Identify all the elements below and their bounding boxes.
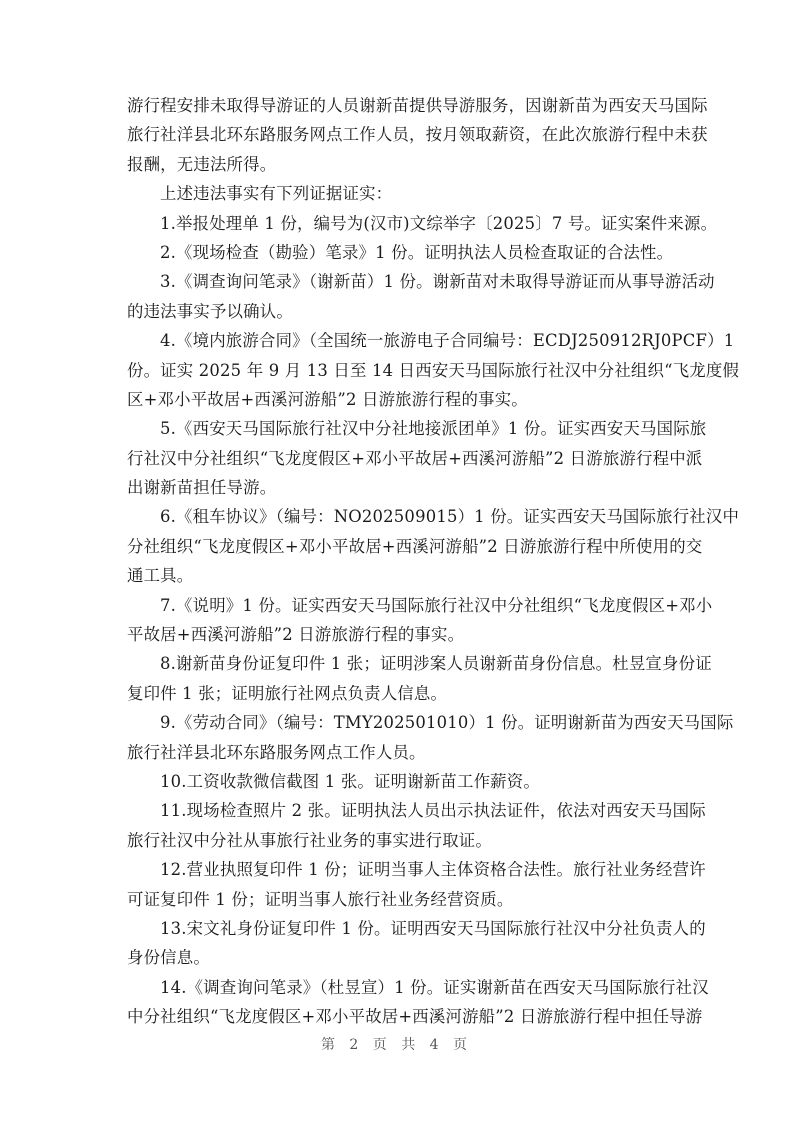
- text-line: 行社汉中分社组织“飞龙度假区+邓小平故居+西溪河游船”2 日游旅游行程中派: [127, 444, 680, 473]
- text-line: 复印件 1 张；证明旅行社网点负责人信息。: [127, 679, 680, 708]
- text-line: 旅行社汉中分社从事旅行社业务的事实进行取证。: [127, 826, 680, 855]
- evidence-item-12: 12.营业执照复印件 1 份；证明当事人主体资格合法性。旅行社业务经营许: [127, 855, 680, 884]
- evidence-item-5: 5.《西安天马国际旅行社汉中分社地接派团单》1 份。证实西安天马国际旅: [127, 414, 680, 443]
- text-line: 份。证实 2025 年 9 月 13 日至 14 日西安天马国际旅行社汉中分社组…: [127, 356, 680, 385]
- evidence-item-9: 9.《劳动合同》（编号：TMY202501010）1 份。证明谢新苗为西安天马国…: [127, 708, 680, 737]
- evidence-item-4: 4.《境内旅游合同》（全国统一旅游电子合同编号：ECDJ250912RJ0PCF…: [127, 326, 680, 355]
- text-line: 的违法事实予以确认。: [127, 297, 680, 326]
- evidence-item-14: 14.《调查询问笔录》（杜昱宣）1 份。证实谢新苗在西安天马国际旅行社汉: [127, 973, 680, 1002]
- text-line: 旅行社洋县北环东路服务网点工作人员。: [127, 738, 680, 767]
- page-number-footer: 第 2 页 共 4 页: [0, 1034, 793, 1054]
- document-page: 游行程安排未取得导游证的人员谢新苗提供导游服务，因谢新苗为西安天马国际 旅行社洋…: [0, 0, 793, 1121]
- evidence-item-13: 13.宋文礼身份证复印件 1 份。证明西安天马国际旅行社汉中分社负责人的: [127, 914, 680, 943]
- text-line: 区+邓小平故居+西溪河游船”2 日游旅游行程的事实。: [127, 385, 680, 414]
- evidence-item-2: 2.《现场检查（勘验）笔录》1 份。证明执法人员检查取证的合法性。: [127, 238, 680, 267]
- evidence-item-10: 10.工资收款微信截图 1 张。证明谢新苗工作薪资。: [127, 767, 680, 796]
- text-line: 分社组织“飞龙度假区+邓小平故居+西溪河游船”2 日游旅游行程中所使用的交: [127, 532, 680, 561]
- text-line: 可证复印件 1 份；证明当事人旅行社业务经营资质。: [127, 885, 680, 914]
- text-line: 中分社组织“飞龙度假区+邓小平故居+西溪河游船”2 日游旅游行程中担任导游: [127, 1002, 680, 1031]
- evidence-item-3: 3.《调查询问笔录》（谢新苗）1 份。谢新苗对未取得导游证而从事导游活动: [127, 267, 680, 296]
- text-line: 游行程安排未取得导游证的人员谢新苗提供导游服务，因谢新苗为西安天马国际: [127, 91, 680, 120]
- evidence-item-8: 8.谢新苗身份证复印件 1 张；证明涉案人员谢新苗身份信息。杜昱宣身份证: [127, 649, 680, 678]
- text-line: 通工具。: [127, 561, 680, 590]
- evidence-item-11: 11.现场检查照片 2 张。证明执法人员出示执法证件，依法对西安天马国际: [127, 796, 680, 825]
- text-line: 出谢新苗担任导游。: [127, 473, 680, 502]
- text-line: 旅行社洋县北环东路服务网点工作人员，按月领取薪资，在此次旅游行程中未获: [127, 120, 680, 149]
- text-line: 报酬，无违法所得。: [127, 150, 680, 179]
- evidence-item-6: 6.《租车协议》（编号：NO202509015）1 份。证实西安天马国际旅行社汉…: [127, 502, 680, 531]
- text-line: 平故居+西溪河游船”2 日游旅游行程的事实。: [127, 620, 680, 649]
- evidence-item-1: 1.举报处理单 1 份，编号为(汉市)文综举字〔2025〕7 号。证实案件来源。: [127, 209, 680, 238]
- document-body: 游行程安排未取得导游证的人员谢新苗提供导游服务，因谢新苗为西安天马国际 旅行社洋…: [127, 91, 680, 1032]
- evidence-item-7: 7.《说明》1 份。证实西安天马国际旅行社汉中分社组织“飞龙度假区+邓小: [127, 591, 680, 620]
- text-line: 身份信息。: [127, 943, 680, 972]
- evidence-intro: 上述违法事实有下列证据证实：: [127, 179, 680, 208]
